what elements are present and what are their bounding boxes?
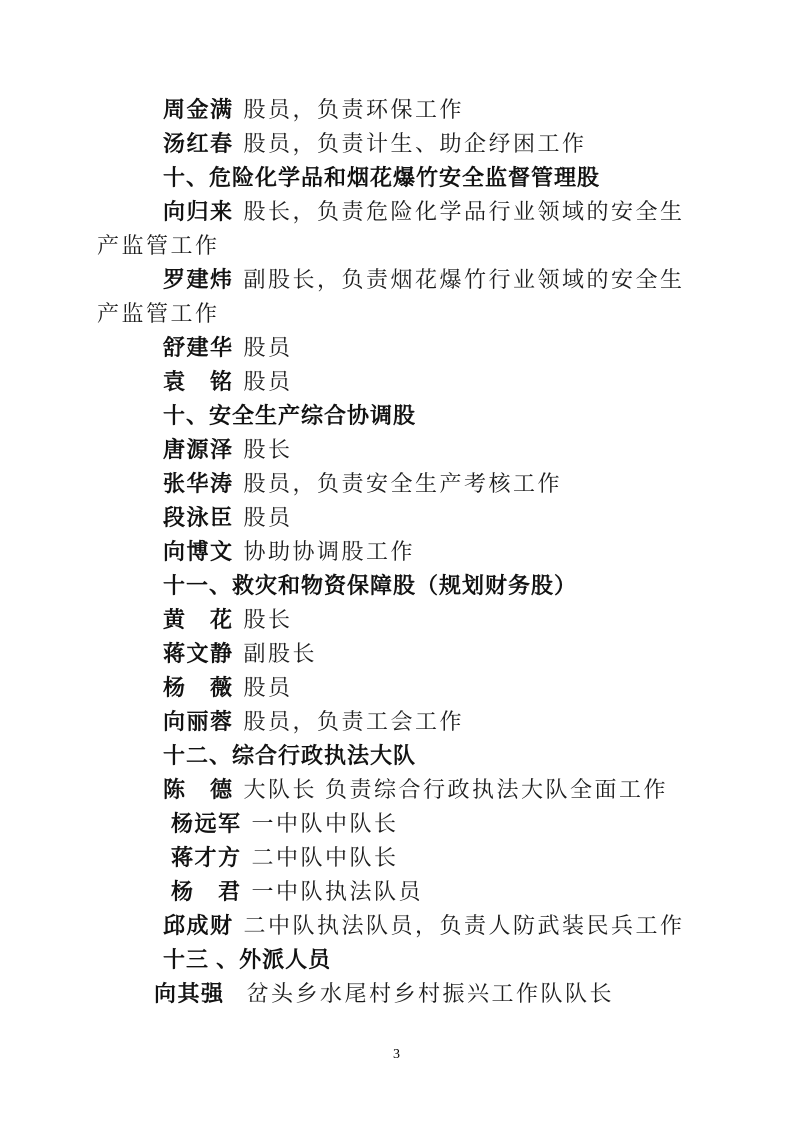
person-line: 舒建华股员 — [97, 331, 687, 365]
person-line: 蒋文静副股长 — [97, 637, 687, 671]
person-role: 股长 — [234, 607, 293, 632]
person-line: 周金满股员，负责环保工作 — [97, 93, 687, 127]
person-line: 向其强岔头乡水尾村乡村振兴工作队队长 — [97, 977, 687, 1011]
section-heading: 十、安全生产综合协调股 — [97, 399, 687, 433]
person-role: 股员，负责安全生产考核工作 — [234, 471, 563, 496]
section-heading-text: 十二、综合行政执法大队 — [163, 743, 416, 768]
person-role: 一中队中队长 — [242, 811, 399, 836]
person-name: 段泳臣 — [163, 505, 234, 530]
section-heading-text: 十、安全生产综合协调股 — [163, 403, 416, 428]
person-role: 股员 — [234, 335, 293, 360]
person-line: 段泳臣股员 — [97, 501, 687, 535]
person-name: 袁 铭 — [163, 369, 234, 394]
section-heading-text: 十三 、外派人员 — [163, 947, 331, 972]
person-role: 二中队执法队员，负责人防武装民兵工作 — [234, 913, 685, 938]
person-line: 汤红春股员，负责计生、助企纾困工作 — [97, 127, 687, 161]
person-name: 向博文 — [163, 539, 234, 564]
person-name: 蒋才方 — [171, 845, 242, 870]
page-number: 3 — [393, 1047, 400, 1062]
section-heading: 十、危险化学品和烟花爆竹安全监督管理股 — [97, 161, 687, 195]
person-line: 向归来股长，负责危险化学品行业领域的安全生产监管工作 — [97, 195, 687, 263]
person-name: 黄 花 — [163, 607, 234, 632]
section-heading-text: 十一、救灾和物资保障股（规划财务股） — [163, 573, 577, 598]
person-role: 岔头乡水尾村乡村振兴工作队队长 — [225, 981, 615, 1006]
person-line: 杨远军一中队中队长 — [97, 807, 687, 841]
person-role: 股长 — [234, 437, 293, 462]
person-name: 张华涛 — [163, 471, 234, 496]
person-name: 杨 君 — [171, 879, 242, 904]
person-line: 张华涛股员，负责安全生产考核工作 — [97, 467, 687, 501]
person-role: 协助协调股工作 — [234, 539, 416, 564]
person-line: 唐源泽股长 — [97, 433, 687, 467]
person-role: 股员，负责环保工作 — [234, 97, 465, 122]
person-role: 股员 — [234, 505, 293, 530]
person-role: 股员 — [234, 369, 293, 394]
page-footer: 3 — [0, 1047, 793, 1063]
person-name: 向归来 — [163, 199, 234, 224]
document-body: 周金满股员，负责环保工作汤红春股员，负责计生、助企纾困工作十、危险化学品和烟花爆… — [97, 93, 687, 1011]
person-line: 邱成财二中队执法队员，负责人防武装民兵工作 — [97, 909, 687, 943]
person-name: 向其强 — [154, 981, 225, 1006]
person-line: 杨 君一中队执法队员 — [97, 875, 687, 909]
person-line: 向博文协助协调股工作 — [97, 535, 687, 569]
person-line: 陈 德大队长 负责综合行政执法大队全面工作 — [97, 773, 687, 807]
section-heading-text: 十、危险化学品和烟花爆竹安全监督管理股 — [163, 165, 600, 190]
section-heading: 十二、综合行政执法大队 — [97, 739, 687, 773]
person-line: 黄 花股长 — [97, 603, 687, 637]
person-role: 股员 — [234, 675, 293, 700]
person-line: 向丽蓉股员，负责工会工作 — [97, 705, 687, 739]
person-name: 杨远军 — [171, 811, 242, 836]
section-heading: 十一、救灾和物资保障股（规划财务股） — [97, 569, 687, 603]
person-name: 周金满 — [163, 97, 234, 122]
person-name: 向丽蓉 — [163, 709, 234, 734]
person-line: 蒋才方二中队中队长 — [97, 841, 687, 875]
person-name: 唐源泽 — [163, 437, 234, 462]
person-role: 股员，负责计生、助企纾困工作 — [234, 131, 587, 156]
person-name: 罗建炜 — [163, 267, 234, 292]
section-heading: 十三 、外派人员 — [97, 943, 687, 977]
person-name: 杨 薇 — [163, 675, 234, 700]
person-role: 一中队执法队员 — [242, 879, 424, 904]
person-role: 大队长 负责综合行政执法大队全面工作 — [234, 777, 669, 802]
person-name: 蒋文静 — [163, 641, 234, 666]
person-role: 股员，负责工会工作 — [234, 709, 465, 734]
person-line: 杨 薇股员 — [97, 671, 687, 705]
person-name: 汤红春 — [163, 131, 234, 156]
person-line: 罗建炜副股长，负责烟花爆竹行业领域的安全生产监管工作 — [97, 263, 687, 331]
person-role: 二中队中队长 — [242, 845, 399, 870]
document-page: 周金满股员，负责环保工作汤红春股员，负责计生、助企纾困工作十、危险化学品和烟花爆… — [0, 0, 793, 1122]
person-line: 袁 铭股员 — [97, 365, 687, 399]
person-name: 邱成财 — [163, 913, 234, 938]
person-role: 副股长 — [234, 641, 318, 666]
person-name: 陈 德 — [163, 777, 234, 802]
person-name: 舒建华 — [163, 335, 234, 360]
